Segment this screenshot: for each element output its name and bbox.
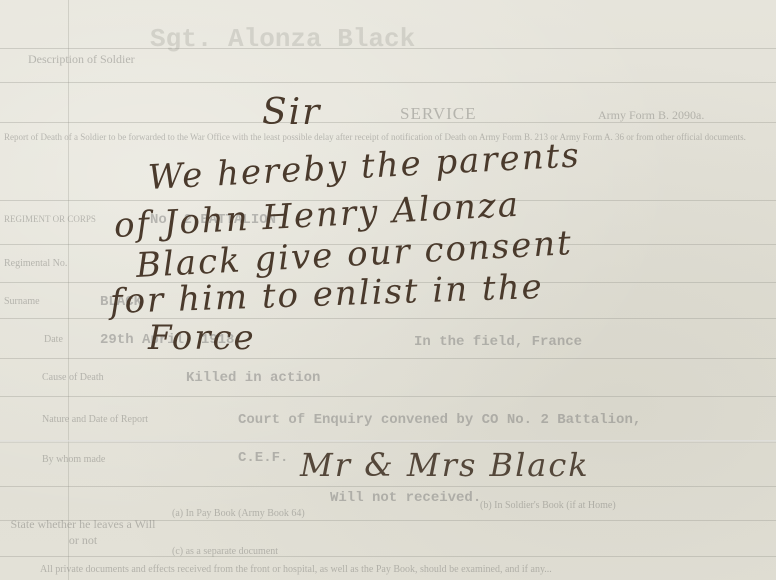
form-number: Army Form B. 2090a. (598, 108, 704, 123)
form-intro-text: Report of Death of a Soldier to be forwa… (4, 132, 774, 143)
form-rule (0, 486, 776, 487)
will-option-b: (b) In Soldier's Book (if at Home) (480, 500, 616, 511)
form-rule (0, 556, 776, 557)
will-section-label: State whether he leaves a Will or not (8, 516, 158, 548)
field-label-report: Nature and Date of Report (42, 414, 148, 425)
form-section-title: SERVICE (400, 104, 476, 124)
form-rule (0, 82, 776, 83)
will-option-c: (c) as a separate document (172, 546, 278, 557)
field-label-date: Date (44, 334, 63, 345)
form-header-handwritten: Sgt. Alonza Black (150, 24, 415, 54)
field-value-report: Court of Enquiry convened by CO No. 2 Ba… (238, 412, 641, 428)
paper-fold (0, 440, 776, 443)
field-value-cause: Killed in action (186, 370, 320, 386)
form-header-label: Description of Soldier (28, 52, 135, 67)
will-option-a: (a) In Pay Book (Army Book 64) (172, 508, 305, 519)
form-rule (0, 358, 776, 359)
field-value-by-whom: C.E.F. (238, 450, 288, 466)
field-value-will: Will not received. (330, 490, 481, 506)
field-label-cause: Cause of Death (42, 372, 104, 383)
field-value-place: In the field, France (414, 334, 582, 350)
letter-signature: Mr & Mrs Black (300, 446, 590, 484)
form-rule (0, 396, 776, 397)
field-label-surname: Surname (4, 296, 40, 307)
letter-salutation: Sir (262, 92, 321, 133)
field-label-by-whom: By whom made (42, 454, 105, 465)
letter-line-5: Force (148, 318, 256, 358)
field-label-regiment: REGIMENT OR CORPS (4, 214, 96, 224)
document-paper: Description of Soldier Sgt. Alonza Black… (0, 0, 776, 580)
form-footer-note: All private documents and effects receiv… (40, 564, 552, 575)
field-label-regimental-no: Regimental No. (4, 258, 67, 269)
form-column-rule (68, 0, 69, 580)
